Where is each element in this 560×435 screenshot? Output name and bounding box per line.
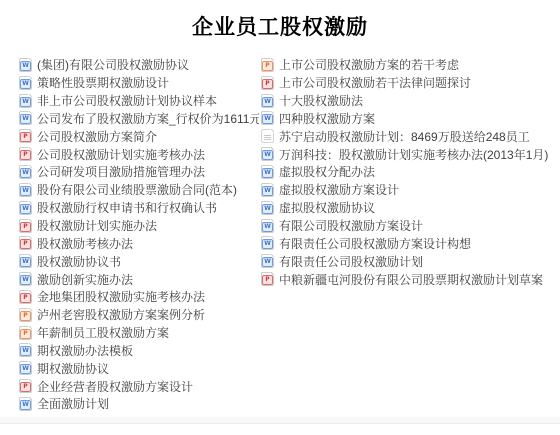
pdf-file-icon: P [19, 147, 32, 161]
list-item[interactable]: W 公司发布了股权激励方案_行权价为1611元股 [19, 110, 259, 128]
list-item[interactable]: W 有限责任公司股权激励方案设计构想 [261, 234, 557, 252]
list-item[interactable]: W 股权激励协议书 [19, 252, 259, 270]
document-link[interactable]: 策略性股票期权激励设计 [37, 74, 169, 91]
document-link[interactable]: 十大股权激励法 [279, 92, 363, 109]
word-doc-file-icon: W [19, 165, 32, 179]
word-doc-file-icon: W [19, 361, 32, 375]
list-item[interactable]: W 虚拟股权激励方案设计 [261, 181, 557, 199]
document-link[interactable]: 万润科技：股权激励计划实施考核办法(2013年1月) [279, 146, 548, 163]
list-item[interactable]: P 企业经营者股权激励方案设计 [19, 377, 259, 395]
word-doc-file-icon: W [19, 272, 32, 286]
list-item[interactable]: W 策略性股票期权激励设计 [19, 74, 259, 92]
document-list-left-column: W (集团)有限公司股权激励协议 W 策略性股票期权激励设计 W 非上市公司股权… [19, 56, 259, 413]
list-item[interactable]: W 十大股权激励法 [261, 92, 557, 110]
list-item[interactable]: P 年薪制员工股权激励方案 [19, 324, 259, 342]
list-item[interactable]: 苏宁启动股权激励计划：8469万股送给248员工 [261, 127, 557, 145]
footer-divider [0, 417, 560, 424]
document-link[interactable]: 虚拟股权分配办法 [279, 163, 375, 180]
document-link[interactable]: 公司发布了股权激励方案_行权价为1611元股 [37, 110, 259, 127]
word-doc-file-icon: W [19, 94, 32, 108]
document-link[interactable]: 上市公司股权激励方案的若干考虑 [279, 56, 459, 73]
word-doc-file-icon: W [261, 254, 274, 268]
word-doc-file-icon: W [261, 147, 274, 161]
list-item[interactable]: W 股权激励行权申请书和行权确认书 [19, 199, 259, 217]
list-item[interactable]: W 期权激励办法模板 [19, 342, 259, 360]
document-list-right-column: P 上市公司股权激励方案的若干考虑 P 上市公司股权激励若干法律问题探讨 W 十… [261, 56, 557, 288]
list-item[interactable]: W 四种股权激励方案 [261, 110, 557, 128]
list-item[interactable]: P 泸州老窖股权激励方案案例分析 [19, 306, 259, 324]
list-item[interactable]: W 虚拟股权激励协议 [261, 199, 557, 217]
word-doc-file-icon: W [19, 201, 32, 215]
list-item[interactable]: W 有限责任公司股权激励计划 [261, 252, 557, 270]
document-link[interactable]: 泸州老窖股权激励方案案例分析 [37, 306, 205, 323]
list-item[interactable]: W 期权激励协议 [19, 359, 259, 377]
list-item[interactable]: W 公司研发项目激励措施管理办法 [19, 163, 259, 181]
document-link[interactable]: 股份有限公司业绩股票激励合同(范本) [37, 181, 237, 198]
document-link[interactable]: 有限公司股权激励方案设计 [279, 217, 423, 234]
list-item[interactable]: P 公司股权激励方案简介 [19, 127, 259, 145]
document-link[interactable]: 中粮新疆屯河股份有限公司股票期权激励计划草案 [279, 271, 543, 288]
list-item[interactable]: W 激励创新实施办法 [19, 270, 259, 288]
pdf-file-icon: P [19, 379, 32, 393]
page-title: 企业员工股权激励 [0, 11, 560, 41]
document-link[interactable]: 期权激励办法模板 [37, 342, 133, 359]
word-doc-file-icon: W [19, 343, 32, 357]
document-link[interactable]: 激励创新实施办法 [37, 271, 133, 288]
word-doc-file-icon: W [261, 183, 274, 197]
ppt-file-icon: P [19, 326, 32, 340]
word-doc-file-icon: W [19, 183, 32, 197]
word-doc-file-icon: W [261, 94, 274, 108]
list-item[interactable]: P 中粮新疆屯河股份有限公司股票期权激励计划草案 [261, 270, 557, 288]
document-link[interactable]: 年薪制员工股权激励方案 [37, 324, 169, 341]
document-link[interactable]: 企业经营者股权激励方案设计 [37, 378, 193, 395]
document-link[interactable]: 苏宁启动股权激励计划：8469万股送给248员工 [279, 128, 530, 145]
list-item[interactable]: W 股份有限公司业绩股票激励合同(范本) [19, 181, 259, 199]
list-item[interactable]: P 股权激励计划实施办法 [19, 217, 259, 235]
document-link[interactable]: 有限责任公司股权激励计划 [279, 253, 423, 270]
list-item[interactable]: W 非上市公司股权激励计划协议样本 [19, 92, 259, 110]
document-link[interactable]: 公司股权激励计划实施考核办法 [37, 146, 205, 163]
word-doc-file-icon: W [261, 165, 274, 179]
document-link[interactable]: 四种股权激励方案 [279, 110, 375, 127]
document-link[interactable]: (集团)有限公司股权激励协议 [37, 56, 189, 73]
document-link[interactable]: 公司研发项目激励措施管理办法 [37, 163, 205, 180]
list-item[interactable]: P 上市公司股权激励方案的若干考虑 [261, 56, 557, 74]
list-item[interactable]: W 虚拟股权分配办法 [261, 163, 557, 181]
document-link[interactable]: 全面激励计划 [37, 395, 109, 412]
document-link[interactable]: 股权激励协议书 [37, 253, 121, 270]
list-item[interactable]: W 万润科技：股权激励计划实施考核办法(2013年1月) [261, 145, 557, 163]
document-link[interactable]: 股权激励考核办法 [37, 235, 133, 252]
document-list-page: 企业员工股权激励 W (集团)有限公司股权激励协议 W 策略性股票期权激励设计 … [0, 0, 560, 435]
document-link[interactable]: 金地集团股权激励实施考核办法 [37, 288, 205, 305]
word-doc-file-icon: W [19, 254, 32, 268]
document-link[interactable]: 股权激励行权申请书和行权确认书 [37, 199, 217, 216]
pdf-file-icon: P [19, 236, 32, 250]
list-item[interactable]: W 有限公司股权激励方案设计 [261, 217, 557, 235]
list-item[interactable]: P 上市公司股权激励若干法律问题探讨 [261, 74, 557, 92]
document-link[interactable]: 虚拟股权激励方案设计 [279, 181, 399, 198]
word-doc-file-icon: W [261, 201, 274, 215]
ppt-file-icon: P [19, 308, 32, 322]
word-doc-file-icon: W [19, 76, 32, 90]
pdf-file-icon: P [19, 129, 32, 143]
document-link[interactable]: 非上市公司股权激励计划协议样本 [37, 92, 217, 109]
ppt-file-icon: P [261, 58, 274, 72]
word-doc-file-icon: W [261, 111, 274, 125]
pdf-file-icon: P [261, 76, 274, 90]
document-link[interactable]: 股权激励计划实施办法 [37, 217, 157, 234]
list-item[interactable]: P 股权激励考核办法 [19, 234, 259, 252]
document-link[interactable]: 公司股权激励方案简介 [37, 128, 157, 145]
document-link[interactable]: 虚拟股权激励协议 [279, 199, 375, 216]
list-item[interactable]: W 全面激励计划 [19, 395, 259, 413]
word-doc-file-icon: W [19, 111, 32, 125]
document-link[interactable]: 有限责任公司股权激励方案设计构想 [279, 235, 471, 252]
text-file-icon [261, 129, 274, 143]
list-item[interactable]: P 公司股权激励计划实施考核办法 [19, 145, 259, 163]
word-doc-file-icon: W [261, 236, 274, 250]
document-link[interactable]: 上市公司股权激励若干法律问题探讨 [279, 74, 471, 91]
list-item[interactable]: W (集团)有限公司股权激励协议 [19, 56, 259, 74]
pdf-file-icon: P [19, 290, 32, 304]
word-doc-file-icon: W [19, 58, 32, 72]
list-item[interactable]: P 金地集团股权激励实施考核办法 [19, 288, 259, 306]
pdf-file-icon: P [261, 272, 274, 286]
pdf-file-icon: P [19, 219, 32, 233]
word-doc-file-icon: W [261, 219, 274, 233]
document-link[interactable]: 期权激励协议 [37, 360, 109, 377]
word-doc-file-icon: W [19, 397, 32, 411]
